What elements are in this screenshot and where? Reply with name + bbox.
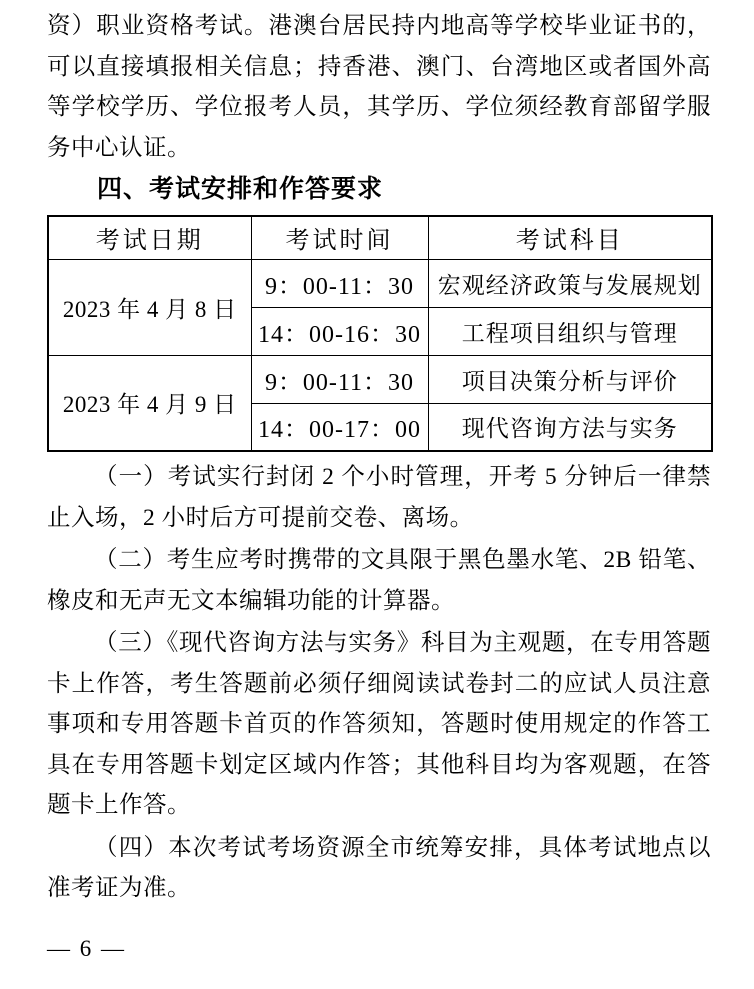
table-header-row: 考试日期 考试时间 考试科目 <box>48 216 712 259</box>
page-content: 资）职业资格考试。港澳台居民持内地高等学校毕业证书的，可以直接填报相关信息；持香… <box>47 6 711 909</box>
exam-subject-cell: 宏观经济政策与发展规划 <box>428 259 712 307</box>
exam-date-cell: 2023 年 4 月 9 日 <box>48 355 251 451</box>
paragraph-item-1: （一）考试实行封闭 2 个小时管理，开考 5 分钟后一律禁止入场，2 小时后方可… <box>47 457 711 538</box>
exam-subject-cell: 现代咨询方法与实务 <box>428 403 712 451</box>
paragraph-item-2: （二）考生应考时携带的文具限于黑色墨水笔、2B 铅笔、橡皮和无声无文本编辑功能的… <box>47 540 711 621</box>
exam-subject-cell: 项目决策分析与评价 <box>428 355 712 403</box>
exam-time-cell: 9：00-11：30 <box>251 355 428 403</box>
exam-time-cell: 9：00-11：30 <box>251 259 428 307</box>
page-number: — 6 — <box>47 936 126 962</box>
column-header-exam-time: 考试时间 <box>251 216 428 259</box>
table-row: 2023 年 4 月 8 日 9：00-11：30 宏观经济政策与发展规划 <box>48 259 712 307</box>
exam-subject-cell: 工程项目组织与管理 <box>428 307 712 355</box>
document-page: 资）职业资格考试。港澳台居民持内地高等学校毕业证书的，可以直接填报相关信息；持香… <box>0 0 754 989</box>
exam-date-cell: 2023 年 4 月 8 日 <box>48 259 251 355</box>
paragraph-item-4: （四）本次考试考场资源全市统筹安排，具体考试地点以准考证为准。 <box>47 828 711 909</box>
column-header-exam-subject: 考试科目 <box>428 216 712 259</box>
exam-time-cell: 14：00-16：30 <box>251 307 428 355</box>
column-header-exam-date: 考试日期 <box>48 216 251 259</box>
table-row: 2023 年 4 月 9 日 9：00-11：30 项目决策分析与评价 <box>48 355 712 403</box>
requirements-section: （一）考试实行封闭 2 个小时管理，开考 5 分钟后一律禁止入场，2 小时后方可… <box>47 457 711 909</box>
section-heading: 四、考试安排和作答要求 <box>47 172 711 206</box>
paragraph-continuation: 资）职业资格考试。港澳台居民持内地高等学校毕业证书的，可以直接填报相关信息；持香… <box>47 6 711 168</box>
exam-time-cell: 14：00-17：00 <box>251 403 428 451</box>
exam-schedule-table: 考试日期 考试时间 考试科目 2023 年 4 月 8 日 9：00-11：30… <box>47 215 713 452</box>
paragraph-item-3: （三）《现代咨询方法与实务》科目为主观题，在专用答题卡上作答，考生答题前必须仔细… <box>47 623 711 826</box>
